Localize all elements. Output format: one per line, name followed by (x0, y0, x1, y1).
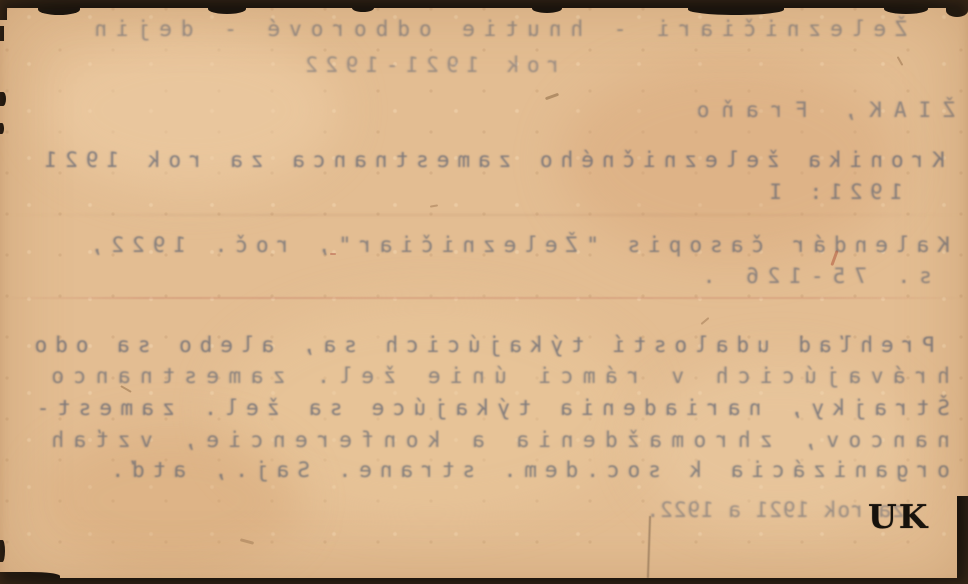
typed-line-author: ŽIAK, Fraňo (685, 97, 956, 123)
scan-edge-top (532, 4, 562, 13)
scanned-index-card: Železničiari - hnutie odborové - dejin r… (0, 0, 968, 584)
typed-line-source: Kalendár časopis "Železničiar", roč. 192… (83, 232, 950, 258)
scan-edge-top (0, 0, 968, 8)
scan-edge-bottom (0, 572, 60, 580)
typed-line-subject-heading: Železničiari - hnutie odborové - dejin (86, 16, 908, 42)
typed-line-annotation: Štrajky, nariadenia týkajúce sa žel. zam… (29, 395, 951, 421)
scan-edge-left (0, 92, 6, 106)
library-stamp: UK (868, 497, 929, 536)
scan-edge-left (0, 0, 7, 20)
typed-line-annotation: organizácia k soc.dem. strane. Saj., atď… (104, 457, 950, 483)
typed-line-annotation: Prehľad udalostí týkajúcich sa, alebo sa… (27, 332, 935, 358)
scan-edge-top (38, 4, 80, 15)
typed-line-year-range: rok 1921-1922 (298, 52, 560, 78)
mirrored-typewritten-text: Železničiari - hnutie odborové - dejin r… (0, 0, 968, 584)
typed-line-annotation: za rok 1921 a 1922. (646, 497, 905, 523)
paper-fleck (330, 253, 336, 255)
scan-edge-left (0, 123, 4, 134)
scan-edge-top (884, 4, 928, 14)
typed-line-pages: s. 75-126 . (694, 263, 932, 289)
scan-edge-top (352, 4, 374, 12)
typed-line-volume: 1921: I (762, 179, 903, 205)
scan-edge-left (0, 26, 4, 41)
scan-edge-top (946, 4, 968, 17)
typed-line-title: Kronika železničného zamestnanca za rok … (37, 147, 945, 173)
scan-edge-top (688, 4, 784, 15)
scan-edge-bottom (0, 578, 968, 584)
scan-edge-top (208, 4, 246, 14)
scan-edge-right (957, 496, 968, 584)
scan-edge-left (0, 540, 5, 562)
typed-line-annotation: nancov, zhromaždenia a konferencie, vzťa… (42, 427, 950, 453)
typed-line-annotation: hrávajúcich v rámci únie žel. zamestnanc… (42, 363, 950, 389)
